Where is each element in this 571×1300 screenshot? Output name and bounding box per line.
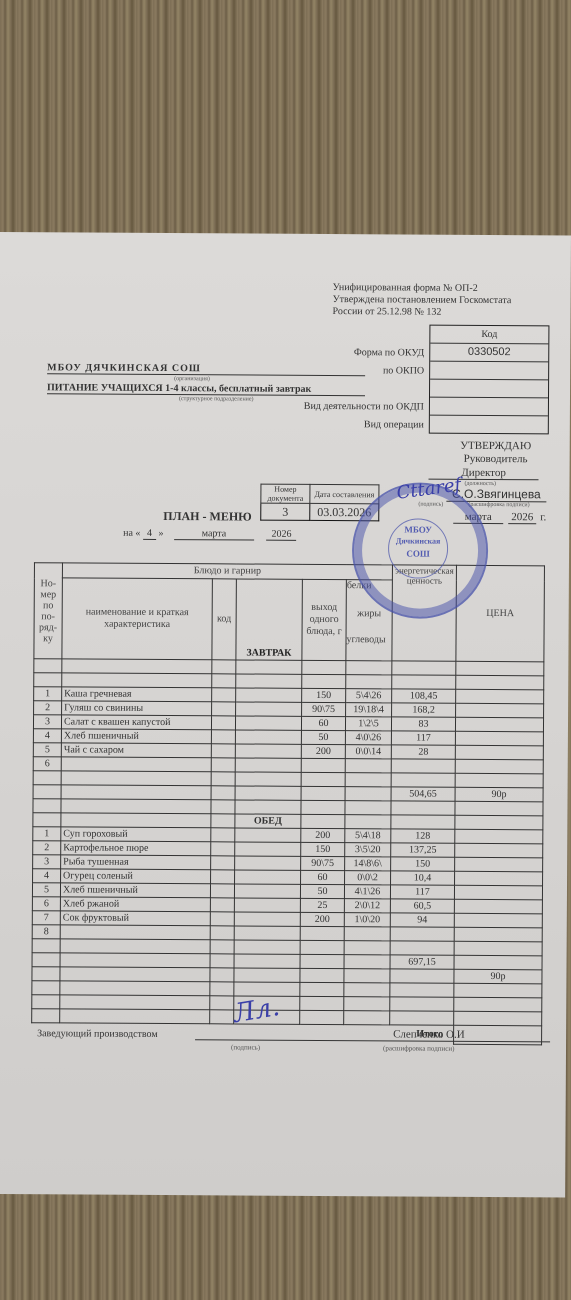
row-number: 3 (33, 855, 61, 869)
dish-code (212, 660, 236, 674)
dish-yield (301, 800, 345, 814)
dish-yield (302, 674, 346, 688)
dish-yield (300, 954, 344, 968)
dish-code (211, 856, 235, 870)
dish-name (61, 813, 211, 828)
meal-label-cell (235, 800, 301, 814)
dish-yield: 150 (301, 842, 345, 856)
dish-bju (344, 1011, 390, 1025)
dish-name: Огурец соленый (61, 869, 211, 884)
dish-energy: 83 (391, 717, 455, 731)
lunch-price: 90р (454, 969, 542, 984)
form-header-line: Унифицированная форма № ОП-2 (333, 282, 512, 295)
dish-price (456, 703, 544, 718)
dish-name: Сок фруктовый (60, 911, 210, 926)
meal-label-cell (236, 688, 302, 702)
dish-code (211, 842, 235, 856)
dish-code (210, 926, 234, 940)
breakfast-price: 90р (455, 787, 543, 802)
dish-code (211, 870, 235, 884)
dish-code (210, 996, 234, 1010)
header-bju-fats: жиры (347, 608, 392, 634)
dish-yield (300, 996, 344, 1010)
header-bju-carbs: углеводы (346, 634, 391, 660)
approval-year-suffix: г. (540, 511, 546, 523)
dish-energy (390, 1011, 454, 1025)
row-number: 1 (34, 687, 62, 701)
organization-name: МБОУ ДЯЧКИНСКАЯ СОШ (47, 362, 365, 376)
organization-caption: (организация) (174, 376, 210, 382)
on-prefix: на « (123, 528, 140, 539)
doc-number: 3 (261, 503, 310, 520)
dish-yield (302, 660, 346, 674)
lunch-label: ОБЕД (235, 814, 301, 828)
dish-energy: 108,45 (392, 689, 456, 703)
dish-yield: 150 (302, 688, 346, 702)
row-number (34, 659, 62, 673)
dish-yield: 200 (300, 912, 344, 926)
document-page: Унифицированная форма № ОП-2 Утверждена … (0, 232, 571, 1197)
dish-bju: 3\5\20 (345, 843, 391, 857)
dish-code (212, 674, 236, 688)
approval-title: УТВЕРЖДАЮ (451, 440, 541, 454)
department-caption: (структурное подразделение) (179, 396, 254, 402)
doc-date-header: Дата составления (310, 484, 379, 503)
form-header: Унифицированная форма № ОП-2 Утверждена … (332, 282, 511, 319)
dish-energy (390, 969, 454, 983)
organization-stamp: МБОУ Дячкинская СОШ (352, 482, 489, 619)
header-yield: выход одного блюда, г (302, 579, 346, 660)
dish-code (211, 744, 235, 758)
dish-name (60, 925, 210, 940)
dish-yield: 50 (300, 884, 344, 898)
header-code: код (212, 579, 236, 660)
dish-bju: 19\18\4 (346, 703, 392, 717)
dish-code (212, 702, 236, 716)
okpo-value (430, 362, 548, 381)
stamp-center: МБОУ Дячкинская СОШ (388, 518, 448, 578)
dish-name: Картофельное пюре (61, 841, 211, 856)
dish-yield: 90\75 (302, 702, 346, 716)
on-day: 4 (143, 528, 156, 540)
dish-bju (344, 955, 390, 969)
lunch-total-energy: 697,15 (390, 955, 454, 969)
row-number: 4 (33, 729, 61, 743)
dish-code (210, 954, 234, 968)
dish-bju: 0\0\14 (345, 745, 391, 759)
dish-yield (301, 772, 345, 786)
approval-name-caption: (расшифровка подписи) (468, 502, 529, 508)
row-number (32, 953, 60, 967)
dish-name (61, 785, 211, 800)
dish-bju: 4\0\26 (345, 731, 391, 745)
row-number (34, 673, 62, 687)
meal-label-cell (235, 828, 301, 842)
footer-signature-caption: (подпись) (231, 1043, 260, 1051)
dish-code (210, 912, 234, 926)
meal-label-cell (234, 926, 300, 940)
footer-role: Заведующий производством (37, 1028, 158, 1040)
stamp-line: СОШ (389, 547, 447, 559)
dish-bju: 0\0\2 (345, 871, 391, 885)
meal-label-cell (235, 870, 301, 884)
dish-energy (392, 661, 456, 675)
dish-code (210, 898, 234, 912)
dish-price (455, 843, 543, 858)
meal-label-cell (234, 912, 300, 926)
meal-label-cell (234, 968, 300, 982)
row-number (33, 813, 61, 827)
dish-energy (391, 759, 455, 773)
dish-bju (344, 941, 390, 955)
dish-code (211, 758, 235, 772)
dish-code (210, 982, 234, 996)
dish-energy (391, 815, 455, 829)
dish-bju: 1\2\5 (345, 717, 391, 731)
row-number (33, 785, 61, 799)
meal-label-cell (235, 716, 301, 730)
dish-energy: 128 (391, 829, 455, 843)
row-number (32, 967, 60, 981)
dish-name (60, 967, 210, 982)
dish-code (211, 786, 235, 800)
dish-energy (390, 983, 454, 997)
meal-label-cell (234, 954, 300, 968)
on-month: марта (174, 528, 254, 540)
dish-energy: 150 (391, 857, 455, 871)
dish-price (455, 759, 543, 774)
row-number: 6 (32, 897, 60, 911)
dish-energy: 137,25 (391, 843, 455, 857)
dish-price (455, 829, 543, 844)
code-empty (430, 380, 548, 399)
dish-yield (300, 968, 344, 982)
dish-price (454, 899, 542, 914)
dish-code (210, 968, 234, 982)
dish-name: Суп гороховый (61, 827, 211, 842)
operation-label: Вид операции (249, 416, 424, 435)
meal-label-cell (236, 674, 302, 688)
form-header-line: Утверждена постановлением Госкомстата (333, 294, 512, 307)
dish-code (211, 828, 235, 842)
dish-energy: 94 (390, 913, 454, 927)
dish-yield: 60 (301, 870, 345, 884)
dish-price (455, 801, 543, 816)
dish-energy (391, 773, 455, 787)
row-number: 4 (33, 869, 61, 883)
row-number: 2 (34, 701, 62, 715)
dish-price (455, 773, 543, 788)
row-number: 5 (32, 883, 60, 897)
dish-name (60, 1009, 210, 1024)
dish-energy: 168,2 (392, 703, 456, 717)
meal-label-cell (235, 856, 301, 870)
dish-name: Хлеб пшеничный (60, 883, 210, 898)
footer-name: Слепченко О.И (393, 1028, 465, 1040)
dish-price (454, 927, 542, 942)
dish-price (456, 689, 544, 704)
row-number (33, 799, 61, 813)
dish-price (454, 913, 542, 928)
dish-yield (301, 786, 345, 800)
dish-name (60, 981, 210, 996)
dish-name: Хлеб пшеничный (61, 729, 211, 744)
code-header: Код (430, 326, 548, 345)
dish-price (454, 885, 542, 900)
dish-bju (345, 801, 391, 815)
dish-bju (345, 815, 391, 829)
dish-name (61, 771, 211, 786)
dish-energy: 10,4 (391, 871, 455, 885)
row-number: 7 (32, 911, 60, 925)
dish-price (456, 675, 544, 690)
row-number: 2 (33, 841, 61, 855)
stamp-line: Дячкинская (389, 535, 447, 547)
dish-energy: 60,5 (390, 899, 454, 913)
dish-name (62, 659, 212, 674)
dish-price (454, 997, 542, 1012)
breakfast-label: ЗАВТРАК (236, 579, 302, 660)
dish-price (455, 745, 543, 760)
dish-energy: 117 (391, 731, 455, 745)
row-number (33, 771, 61, 785)
meal-label-cell (235, 758, 301, 772)
dish-code (211, 800, 235, 814)
dish-bju (344, 927, 390, 941)
dish-yield: 90\75 (301, 856, 345, 870)
dish-yield: 50 (301, 730, 345, 744)
dish-yield (300, 1010, 344, 1024)
dish-code (212, 688, 236, 702)
dish-code (210, 884, 234, 898)
dish-price (455, 815, 543, 830)
dish-name: Салат с квашен капустой (61, 715, 211, 730)
dish-name: Каша гречневая (62, 687, 212, 702)
dish-bju: 5\4\18 (345, 829, 391, 843)
footer-name-caption: (расшифровка подписи) (383, 1044, 455, 1052)
dish-name (60, 953, 210, 968)
meal-label-cell (235, 772, 301, 786)
dish-bju: 4\1\26 (344, 885, 390, 899)
dish-price (454, 955, 542, 970)
dish-name: Чай с сахаром (61, 743, 211, 758)
row-number: 1 (33, 827, 61, 841)
dish-yield (301, 758, 345, 772)
row-number (32, 1009, 60, 1023)
dish-code (211, 730, 235, 744)
dish-price (454, 983, 542, 998)
code-box: Код 0330502 (429, 325, 550, 435)
meal-label-cell (235, 786, 301, 800)
dish-bju (346, 675, 392, 689)
dish-yield (301, 814, 345, 828)
row-number (32, 939, 60, 953)
meal-label-cell (235, 730, 301, 744)
dish-bju (345, 773, 391, 787)
row-number: 5 (33, 743, 61, 757)
row-number: 8 (32, 925, 60, 939)
row-number (32, 995, 60, 1009)
okud-label: Форма по ОКУД (249, 344, 424, 363)
meal-label-cell (235, 744, 301, 758)
okud-value: 0330502 (430, 344, 548, 363)
approval-role: Руководитель (451, 453, 541, 467)
dish-bju (345, 759, 391, 773)
dish-price (456, 661, 544, 676)
dish-name (61, 799, 211, 814)
dish-bju (344, 997, 390, 1011)
dish-energy (392, 675, 456, 689)
dish-bju (346, 661, 392, 675)
dish-price (454, 1011, 542, 1026)
dish-yield: 60 (301, 716, 345, 730)
breakfast-total-energy: 504,65 (391, 787, 455, 801)
dish-price (455, 857, 543, 872)
okdp-value (430, 398, 548, 417)
stamp-line: МБОУ (389, 523, 447, 535)
dish-code (211, 814, 235, 828)
dish-yield (300, 940, 344, 954)
header-name: наименование и краткая характеристика (62, 578, 212, 660)
dish-code (211, 716, 235, 730)
dish-name: Рыба тушенная (61, 855, 211, 870)
document-on-date: на « 4 » марта 2026 (123, 528, 296, 541)
dish-bju (345, 787, 391, 801)
dish-energy: 28 (391, 745, 455, 759)
meal-label-cell (234, 898, 300, 912)
row-number: 6 (33, 757, 61, 771)
dish-energy (390, 927, 454, 941)
form-header-line: России от 25.12.98 № 132 (332, 306, 511, 319)
dish-code (210, 940, 234, 954)
meal-label-cell (234, 884, 300, 898)
dish-yield: 200 (301, 828, 345, 842)
approval-block: УТВЕРЖДАЮ Руководитель (451, 440, 541, 467)
dish-yield: 25 (300, 898, 344, 912)
menu-table: Но-мер по по-ряд-ку Блюдо и гарнир энерг… (31, 562, 545, 1045)
dish-bju: 2\0\12 (344, 899, 390, 913)
dish-name: Хлеб ржаной (60, 897, 210, 912)
header-number: Но-мер по по-ряд-ку (34, 563, 63, 659)
dish-bju (344, 969, 390, 983)
dish-bju: 5\4\26 (346, 689, 392, 703)
dish-price (454, 941, 542, 956)
dish-price (455, 871, 543, 886)
dish-bju: 1\0\20 (344, 913, 390, 927)
operation-value (430, 416, 548, 434)
meal-label-cell (236, 660, 302, 674)
dish-name: Гуляш со свинины (62, 701, 212, 716)
dish-code (211, 772, 235, 786)
dish-name (61, 757, 211, 772)
dish-energy: 117 (390, 885, 454, 899)
okdp-label: Вид деятельности по ОКДП (249, 398, 424, 417)
dish-energy (390, 997, 454, 1011)
dish-yield: 200 (301, 744, 345, 758)
dish-energy (390, 941, 454, 955)
dish-bju (344, 983, 390, 997)
row-number: 3 (33, 715, 61, 729)
on-year: 2026 (266, 529, 296, 541)
dish-yield (300, 982, 344, 996)
menu-body: 1Каша гречневая1505\4\26108,452Гуляш со … (32, 659, 544, 1045)
approval-year: 2026 (508, 511, 536, 524)
dish-name (60, 939, 210, 954)
dish-name (60, 995, 210, 1010)
dish-price (455, 717, 543, 732)
dish-code (210, 1010, 234, 1024)
dish-energy (391, 801, 455, 815)
row-number (32, 981, 60, 995)
dish-price (455, 731, 543, 746)
dish-yield (300, 926, 344, 940)
document-title: ПЛАН - МЕНЮ (163, 509, 252, 525)
dish-bju: 14\8\6\ (345, 857, 391, 871)
dish-name (62, 673, 212, 688)
meal-label-cell (234, 940, 300, 954)
doc-number-header: Номер документа (261, 484, 310, 503)
meal-label-cell (236, 702, 302, 716)
meal-label-cell (235, 842, 301, 856)
department-name: ПИТАНИЕ УЧАЩИХСЯ 1-4 классы, бесплатный … (47, 382, 365, 396)
on-day-suffix: » (158, 528, 163, 539)
